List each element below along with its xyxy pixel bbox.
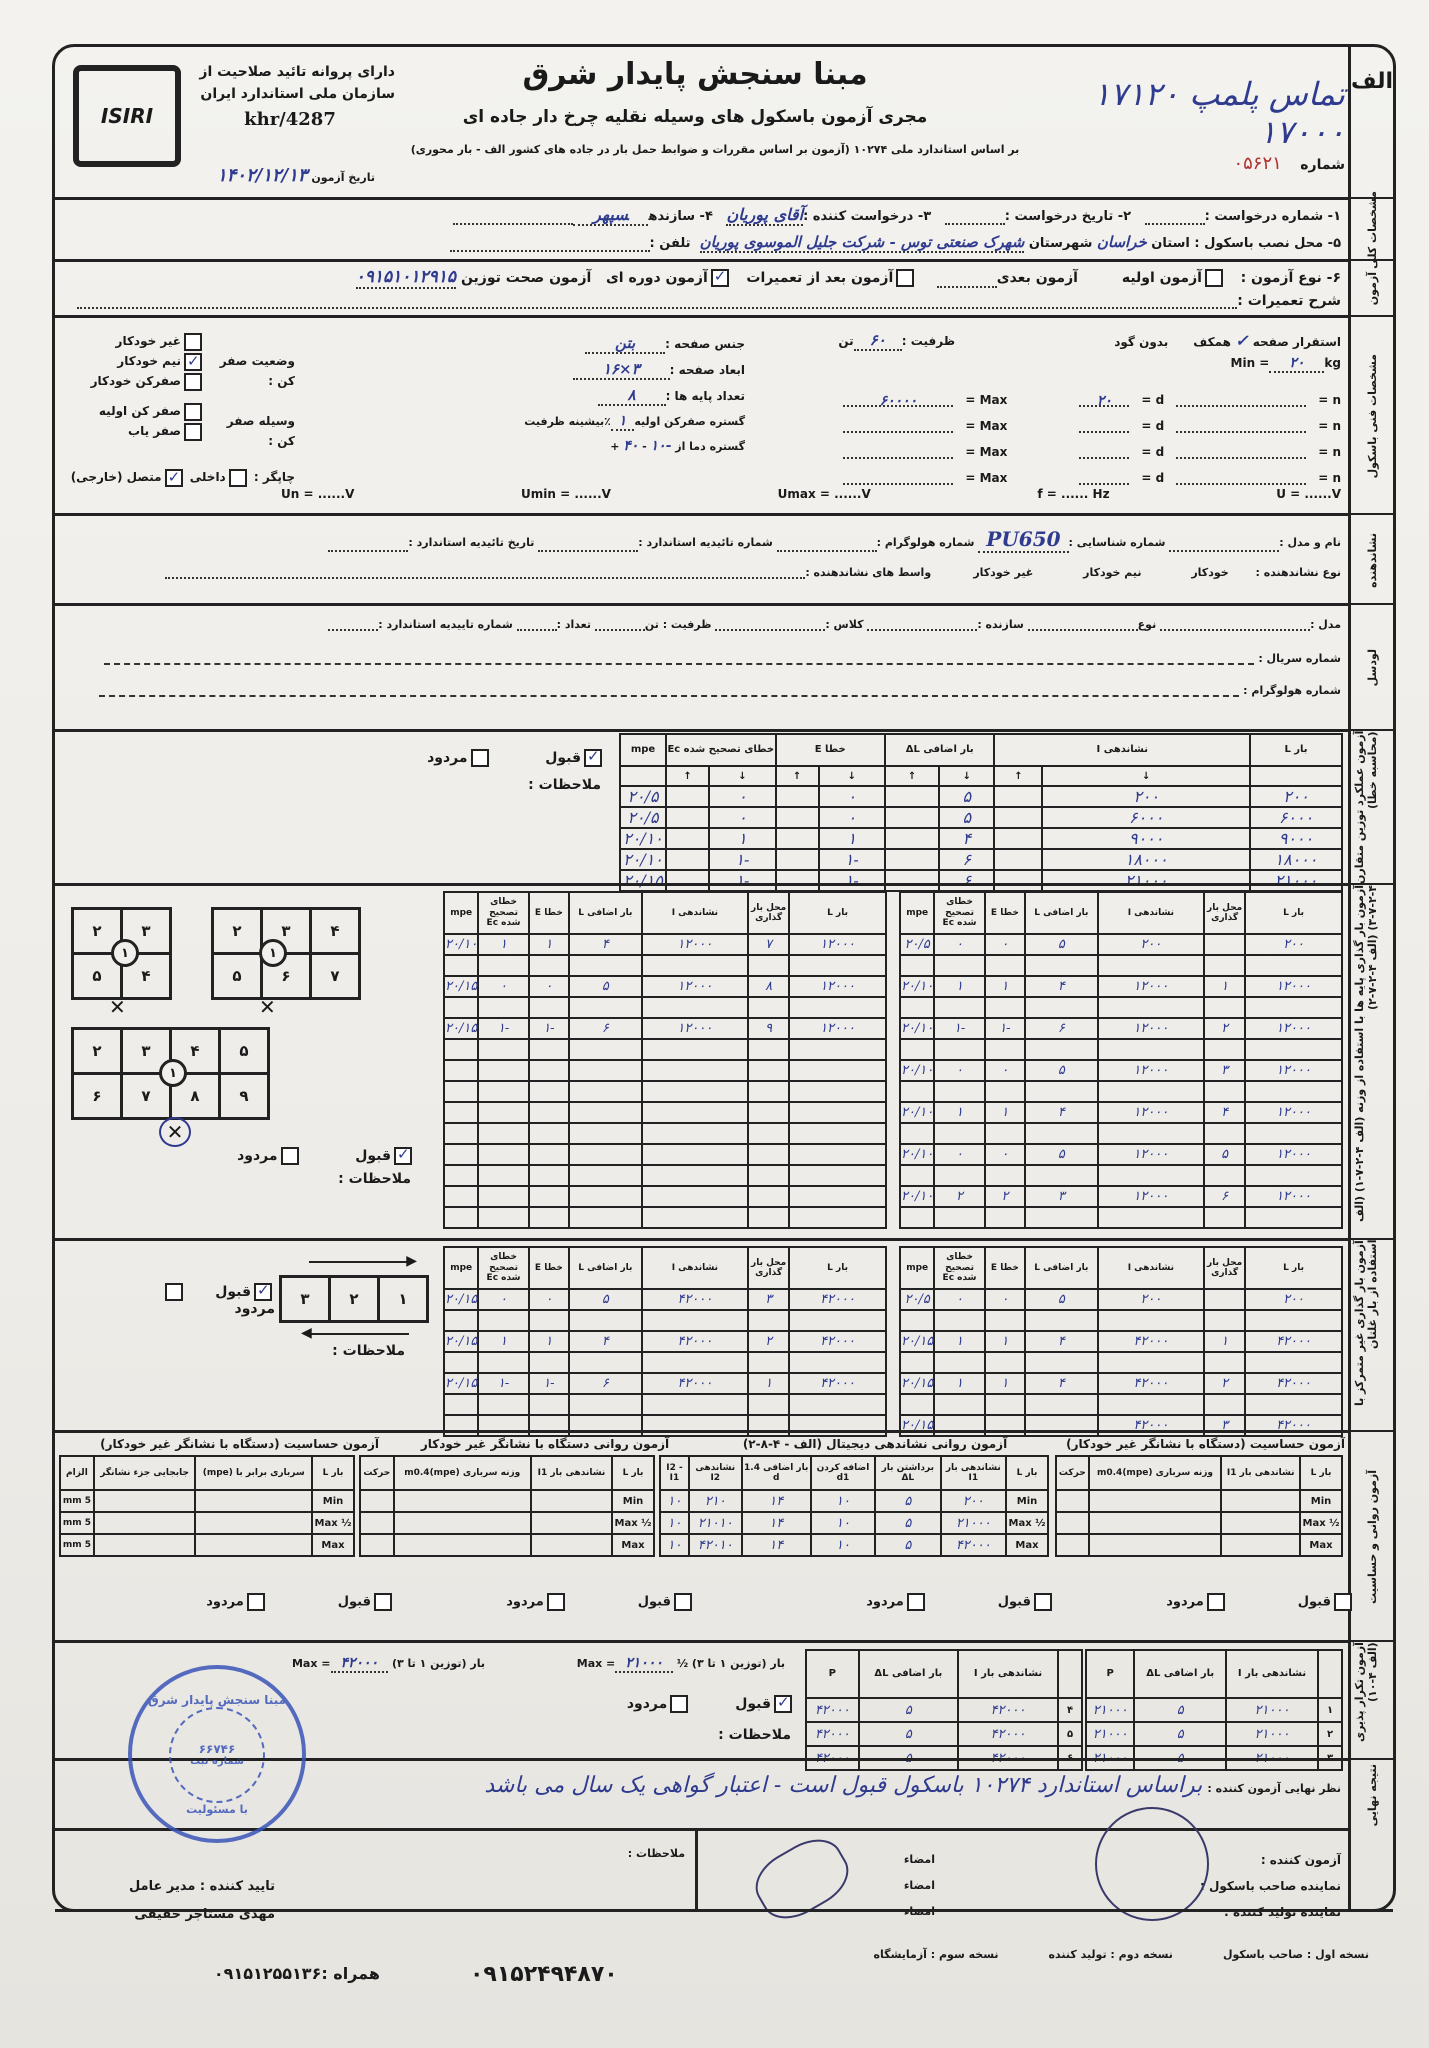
- table-cell[interactable]: ۲۰۰: [941, 1490, 1006, 1512]
- table-cell[interactable]: [1204, 1123, 1245, 1144]
- table-cell[interactable]: [1056, 1534, 1089, 1556]
- table-cell[interactable]: ۲۰/۱۵: [900, 1373, 934, 1394]
- table-cell[interactable]: ۱: [1204, 976, 1245, 997]
- table-cell[interactable]: [885, 786, 939, 807]
- table-cell[interactable]: [1025, 1081, 1098, 1102]
- table-cell[interactable]: ۲۰۰: [1042, 786, 1250, 807]
- table-cell[interactable]: [1098, 1207, 1205, 1228]
- table-cell[interactable]: [748, 1102, 789, 1123]
- table-cell[interactable]: ۰: [478, 976, 528, 997]
- table-cell[interactable]: [478, 1310, 528, 1331]
- table-cell[interactable]: [748, 1165, 789, 1186]
- legs-value[interactable]: ۸: [598, 386, 666, 406]
- table-cell[interactable]: ۱۲۰۰۰: [1245, 1186, 1342, 1207]
- table-cell[interactable]: [994, 807, 1042, 828]
- n-field[interactable]: [1176, 445, 1306, 459]
- table-cell[interactable]: [985, 1310, 1025, 1331]
- table-cell[interactable]: [985, 997, 1025, 1018]
- table-cell[interactable]: [1089, 1534, 1222, 1556]
- table-cell[interactable]: ۴۲۰۰۰: [1245, 1331, 1342, 1352]
- plate-material-value[interactable]: بتن: [585, 334, 665, 354]
- indicator-type-non-auto[interactable]: غیر خودکار: [973, 566, 1033, 579]
- table-cell[interactable]: [1245, 1165, 1342, 1186]
- table-cell[interactable]: ۵: [1134, 1698, 1226, 1722]
- table-cell[interactable]: [900, 1039, 934, 1060]
- table-cell[interactable]: ۱۴: [742, 1490, 811, 1512]
- d-field[interactable]: ۲۰: [1079, 393, 1129, 407]
- table-cell[interactable]: [748, 1207, 789, 1228]
- phone-field[interactable]: [450, 238, 650, 252]
- table-cell[interactable]: ۲۰/۵: [620, 786, 666, 807]
- table-cell[interactable]: [94, 1512, 196, 1534]
- table-cell[interactable]: [900, 1394, 934, 1415]
- table-cell[interactable]: ۹: [748, 1018, 789, 1039]
- table-cell[interactable]: [789, 1186, 886, 1207]
- loadcell-class-field[interactable]: [715, 617, 825, 631]
- loadcell-serial-fields[interactable]: [104, 651, 1254, 665]
- table-cell[interactable]: ۵: [939, 786, 994, 807]
- table-cell[interactable]: [985, 1081, 1025, 1102]
- table-cell[interactable]: [478, 1352, 528, 1373]
- table-cell[interactable]: [569, 955, 642, 976]
- table-cell[interactable]: ۲۰/۱۰: [620, 849, 666, 870]
- table-cell[interactable]: ۱: [819, 828, 885, 849]
- max-field[interactable]: [843, 471, 953, 485]
- accept-checkbox[interactable]: [374, 1593, 392, 1611]
- table-cell[interactable]: [1204, 1352, 1245, 1373]
- table-cell[interactable]: [748, 1144, 789, 1165]
- symmetric-accept-checkbox[interactable]: [584, 749, 602, 767]
- table-cell[interactable]: ۲۰/۱۵: [444, 1018, 478, 1039]
- table-cell[interactable]: [748, 1081, 789, 1102]
- table-cell[interactable]: [1221, 1512, 1300, 1534]
- table-cell[interactable]: ۲۱۰: [689, 1490, 742, 1512]
- table-cell[interactable]: ۳: [748, 1289, 789, 1310]
- table-cell[interactable]: [994, 828, 1042, 849]
- indicator-serial-value[interactable]: PU650: [978, 527, 1068, 553]
- table-cell[interactable]: -۱: [819, 849, 885, 870]
- table-cell[interactable]: [789, 1352, 886, 1373]
- table-cell[interactable]: ۱: [985, 1331, 1025, 1352]
- table-cell[interactable]: ۰: [985, 1144, 1025, 1165]
- checkbox-periodic[interactable]: [711, 269, 729, 287]
- table-cell[interactable]: ۴: [1025, 1331, 1098, 1352]
- table-cell[interactable]: ۱۲۰۰۰: [789, 934, 886, 955]
- table-cell[interactable]: ۲۰/۱۰: [900, 1144, 934, 1165]
- table-cell[interactable]: ۱: [934, 1331, 984, 1352]
- table-cell[interactable]: [1245, 1310, 1342, 1331]
- table-cell[interactable]: [444, 1207, 478, 1228]
- table-cell[interactable]: [360, 1490, 394, 1512]
- table-cell[interactable]: [94, 1534, 196, 1556]
- table-cell[interactable]: ۲۰/۵: [620, 807, 666, 828]
- table-cell[interactable]: ۱: [748, 1373, 789, 1394]
- table-cell[interactable]: [444, 1165, 478, 1186]
- table-cell[interactable]: [934, 997, 984, 1018]
- checkbox-auto-zero[interactable]: [184, 373, 202, 391]
- table-cell[interactable]: ۰: [985, 1289, 1025, 1310]
- table-cell[interactable]: [569, 1310, 642, 1331]
- table-cell[interactable]: ۱۲۰۰۰: [1098, 1102, 1205, 1123]
- table-cell[interactable]: ۱۴: [742, 1512, 811, 1534]
- table-cell[interactable]: [789, 1144, 886, 1165]
- table-cell[interactable]: [444, 1039, 478, 1060]
- table-cell[interactable]: ۱: [985, 976, 1025, 997]
- table-cell[interactable]: [789, 997, 886, 1018]
- table-cell[interactable]: ۲: [1204, 1373, 1245, 1394]
- requester-value[interactable]: آقای پوریان: [726, 205, 803, 226]
- loadcell-type-field[interactable]: [1028, 617, 1138, 631]
- table-cell[interactable]: ۵: [859, 1722, 958, 1746]
- table-cell[interactable]: ۱۴: [742, 1534, 811, 1556]
- table-cell[interactable]: ۲۰/۱۰: [900, 1186, 934, 1207]
- rolling-reject-checkbox[interactable]: [165, 1283, 183, 1301]
- table-cell[interactable]: ۶: [939, 849, 994, 870]
- rolling-accept-checkbox[interactable]: [254, 1283, 272, 1301]
- table-cell[interactable]: ۵: [875, 1512, 941, 1534]
- table-cell[interactable]: [529, 955, 569, 976]
- table-cell[interactable]: ۴: [1204, 1102, 1245, 1123]
- table-cell[interactable]: [478, 1123, 528, 1144]
- table-cell[interactable]: [748, 1123, 789, 1144]
- table-cell[interactable]: ۱۸۰۰۰: [1250, 849, 1342, 870]
- table-cell[interactable]: [1098, 1352, 1205, 1373]
- n-field[interactable]: [1176, 419, 1306, 433]
- table-cell[interactable]: ۵: [569, 976, 642, 997]
- table-cell[interactable]: ۱: [478, 1331, 528, 1352]
- table-cell[interactable]: [1089, 1490, 1222, 1512]
- table-cell[interactable]: ۴۲۰۰۰: [806, 1722, 859, 1746]
- table-cell[interactable]: ۰: [709, 786, 775, 807]
- table-cell[interactable]: [900, 1123, 934, 1144]
- table-cell[interactable]: ۵: [1025, 1060, 1098, 1081]
- repeatability-reject-checkbox[interactable]: [670, 1695, 688, 1713]
- table-cell[interactable]: [1025, 1394, 1098, 1415]
- table-cell[interactable]: ۴۲۰۰۰: [789, 1373, 886, 1394]
- table-cell[interactable]: ۱: [985, 1102, 1025, 1123]
- table-cell[interactable]: ۲۱۰۰۰: [1250, 870, 1342, 891]
- table-cell[interactable]: [642, 1102, 749, 1123]
- table-cell[interactable]: [789, 955, 886, 976]
- symmetric-reject-checkbox[interactable]: [471, 749, 489, 767]
- loadcell-maker-field[interactable]: [867, 617, 977, 631]
- table-cell[interactable]: [444, 1102, 478, 1123]
- table-cell[interactable]: [360, 1534, 394, 1556]
- table-cell[interactable]: [748, 1352, 789, 1373]
- table-cell[interactable]: ۴: [569, 1331, 642, 1352]
- table-cell[interactable]: -۱: [529, 1373, 569, 1394]
- table-cell[interactable]: [900, 1352, 934, 1373]
- table-cell[interactable]: ۴۲۰۱۰: [689, 1534, 742, 1556]
- table-cell[interactable]: [642, 1186, 749, 1207]
- table-cell[interactable]: ۲۰/۱۵: [444, 976, 478, 997]
- table-cell[interactable]: ۹۰۰۰: [1250, 828, 1342, 849]
- table-cell[interactable]: ۴۲۰۰۰: [958, 1698, 1058, 1722]
- table-cell[interactable]: ۵: [875, 1490, 941, 1512]
- table-cell[interactable]: [1245, 997, 1342, 1018]
- table-cell[interactable]: [789, 1165, 886, 1186]
- accept-checkbox[interactable]: [674, 1593, 692, 1611]
- table-cell[interactable]: ۶: [569, 1373, 642, 1394]
- table-cell[interactable]: [885, 828, 939, 849]
- table-cell[interactable]: ۱: [529, 1331, 569, 1352]
- table-cell[interactable]: ۰: [819, 786, 885, 807]
- table-cell[interactable]: [1245, 1352, 1342, 1373]
- table-cell[interactable]: [531, 1534, 612, 1556]
- table-cell[interactable]: ۴۲۰۰۰: [642, 1373, 749, 1394]
- table-cell[interactable]: ۳: [1204, 1060, 1245, 1081]
- table-cell[interactable]: [569, 1394, 642, 1415]
- table-cell[interactable]: [394, 1512, 531, 1534]
- table-cell[interactable]: ۱۲۰۰۰: [1098, 1144, 1205, 1165]
- table-cell[interactable]: ۱: [934, 1373, 984, 1394]
- next-test-field[interactable]: [937, 274, 997, 288]
- table-cell[interactable]: ۶: [1025, 1018, 1098, 1039]
- repeatability-accept-checkbox[interactable]: [774, 1695, 792, 1713]
- table-cell[interactable]: [444, 1081, 478, 1102]
- temp-to[interactable]: ۴۰: [623, 438, 638, 454]
- table-cell[interactable]: [642, 955, 749, 976]
- table-cell[interactable]: [529, 1123, 569, 1144]
- umin-field[interactable]: Umin = ......V: [521, 487, 611, 501]
- table-cell[interactable]: [444, 1144, 478, 1165]
- table-cell[interactable]: ۲۰/۱۰: [900, 1102, 934, 1123]
- table-cell[interactable]: [478, 997, 528, 1018]
- table-cell[interactable]: ۱۰: [660, 1534, 689, 1556]
- table-cell[interactable]: [1204, 1039, 1245, 1060]
- table-cell[interactable]: [1025, 955, 1098, 976]
- table-cell[interactable]: ۱۲۰۰۰: [1098, 1186, 1205, 1207]
- table-cell[interactable]: ۲۱۰۰۰: [1086, 1698, 1134, 1722]
- table-cell[interactable]: [789, 1039, 886, 1060]
- table-cell[interactable]: [642, 1144, 749, 1165]
- table-cell[interactable]: ۶۰۰۰: [1042, 807, 1250, 828]
- table-cell[interactable]: [748, 1394, 789, 1415]
- address-value[interactable]: شهرک صنعتی توس - شرکت جلیل الموسوی پوریا…: [700, 233, 1025, 253]
- table-cell[interactable]: ۱۲۰۰۰: [1245, 1060, 1342, 1081]
- un-field[interactable]: Un = ......V: [281, 487, 354, 501]
- table-cell[interactable]: ۴: [1025, 976, 1098, 997]
- table-cell[interactable]: [444, 1352, 478, 1373]
- table-cell[interactable]: [529, 1310, 569, 1331]
- table-cell[interactable]: ۲۱۰۰۰: [1042, 870, 1250, 891]
- table-cell[interactable]: [985, 1123, 1025, 1144]
- indicator-approval-field[interactable]: [538, 538, 638, 552]
- checkbox-initial-zero[interactable]: [184, 403, 202, 421]
- province-value[interactable]: خراسان: [1097, 233, 1147, 251]
- table-cell[interactable]: [529, 1102, 569, 1123]
- table-cell[interactable]: [985, 1394, 1025, 1415]
- table-cell[interactable]: [1098, 1394, 1205, 1415]
- table-cell[interactable]: [394, 1490, 531, 1512]
- checkbox-initial-test[interactable]: [1205, 269, 1223, 287]
- table-cell[interactable]: ۰: [709, 807, 775, 828]
- table-cell[interactable]: [900, 1165, 934, 1186]
- table-cell[interactable]: ۲۰/۱۰: [900, 976, 934, 997]
- table-cell[interactable]: [1245, 1394, 1342, 1415]
- min-value[interactable]: ۲۰: [1269, 355, 1324, 373]
- loadcell-capacity-field[interactable]: [595, 617, 645, 631]
- loadcell-count-field[interactable]: [517, 617, 557, 631]
- table-cell[interactable]: ۱۲۰۰۰: [1098, 976, 1205, 997]
- table-cell[interactable]: [529, 1165, 569, 1186]
- table-cell[interactable]: [748, 1039, 789, 1060]
- table-cell[interactable]: [900, 1207, 934, 1228]
- legs-accept-checkbox[interactable]: [394, 1147, 412, 1165]
- table-cell[interactable]: ۱: [934, 1102, 984, 1123]
- table-cell[interactable]: [569, 1165, 642, 1186]
- table-cell[interactable]: [642, 997, 749, 1018]
- table-cell[interactable]: [642, 1123, 749, 1144]
- accept-checkbox[interactable]: [1034, 1593, 1052, 1611]
- loadcell-hologram-fields[interactable]: [99, 683, 1239, 697]
- table-cell[interactable]: [569, 1039, 642, 1060]
- table-cell[interactable]: [776, 849, 819, 870]
- table-cell[interactable]: ۲۱۰۰۰: [1086, 1722, 1134, 1746]
- table-cell[interactable]: [1204, 1207, 1245, 1228]
- table-cell[interactable]: [569, 1186, 642, 1207]
- table-cell[interactable]: [985, 1039, 1025, 1060]
- accept-checkbox[interactable]: [1334, 1593, 1352, 1611]
- table-cell[interactable]: [1025, 1207, 1098, 1228]
- table-cell[interactable]: ۱۲۰۰۰: [1245, 1144, 1342, 1165]
- table-cell[interactable]: ۴۲۰۰۰: [1098, 1373, 1205, 1394]
- indicator-interfaces-field[interactable]: [165, 565, 805, 579]
- table-cell[interactable]: [569, 997, 642, 1018]
- table-cell[interactable]: -۱: [709, 870, 775, 891]
- manufacturer-value[interactable]: سپهر: [573, 205, 648, 226]
- table-cell[interactable]: [1245, 955, 1342, 976]
- table-cell[interactable]: -۱: [934, 1018, 984, 1039]
- reject-checkbox[interactable]: [547, 1593, 565, 1611]
- checkbox-after-repair[interactable]: [896, 269, 914, 287]
- indicator-model-field[interactable]: [1169, 538, 1279, 552]
- table-cell[interactable]: [642, 1310, 749, 1331]
- table-cell[interactable]: -۱: [819, 870, 885, 891]
- table-cell[interactable]: [1245, 1207, 1342, 1228]
- max-field[interactable]: [843, 419, 953, 433]
- table-cell[interactable]: [666, 807, 709, 828]
- table-cell[interactable]: ۱۸۰۰۰: [1042, 849, 1250, 870]
- table-cell[interactable]: [529, 1394, 569, 1415]
- table-cell[interactable]: ۲۱۰۰۰: [941, 1512, 1006, 1534]
- table-cell[interactable]: ۲۰/۵: [900, 934, 934, 955]
- table-cell[interactable]: [934, 955, 984, 976]
- table-cell[interactable]: ۲۱۰۰۰: [1226, 1698, 1318, 1722]
- table-cell[interactable]: [195, 1534, 312, 1556]
- table-cell[interactable]: ۹۰۰۰: [1042, 828, 1250, 849]
- table-cell[interactable]: [1025, 1352, 1098, 1373]
- table-cell[interactable]: ۴۲۰۰۰: [1098, 1331, 1205, 1352]
- table-cell[interactable]: -۱: [709, 849, 775, 870]
- half-max-value[interactable]: ۲۱۰۰۰: [615, 1655, 673, 1673]
- table-cell[interactable]: [1098, 1123, 1205, 1144]
- table-cell[interactable]: ۴۲۰۰۰: [642, 1331, 749, 1352]
- table-cell[interactable]: [94, 1490, 196, 1512]
- table-cell[interactable]: ۱۲۰۰۰: [642, 934, 749, 955]
- indicator-hologram-field[interactable]: [777, 538, 877, 552]
- table-cell[interactable]: [885, 807, 939, 828]
- checkbox-non-auto[interactable]: [184, 333, 202, 351]
- table-cell[interactable]: -۱: [985, 1018, 1025, 1039]
- table-cell[interactable]: ۲۰/۱۰: [444, 934, 478, 955]
- table-cell[interactable]: ۱: [478, 934, 528, 955]
- table-cell[interactable]: [776, 807, 819, 828]
- table-cell[interactable]: [1025, 997, 1098, 1018]
- table-cell[interactable]: [934, 1394, 984, 1415]
- plate-dims-value[interactable]: ۳×۱۶: [573, 360, 670, 380]
- table-cell[interactable]: -۱: [478, 1373, 528, 1394]
- table-cell[interactable]: ۱۲۰۰۰: [642, 1018, 749, 1039]
- table-cell[interactable]: [642, 1039, 749, 1060]
- table-cell[interactable]: [360, 1512, 394, 1534]
- table-cell[interactable]: [478, 1207, 528, 1228]
- table-cell[interactable]: [1098, 1039, 1205, 1060]
- table-cell[interactable]: [478, 1144, 528, 1165]
- repair-desc-field[interactable]: [77, 295, 1237, 309]
- table-cell[interactable]: [934, 1123, 984, 1144]
- table-cell[interactable]: [529, 1060, 569, 1081]
- table-cell[interactable]: [885, 870, 939, 891]
- table-cell[interactable]: ۲۰۰: [1098, 1289, 1205, 1310]
- table-cell[interactable]: [934, 1352, 984, 1373]
- table-cell[interactable]: ۰: [934, 1144, 984, 1165]
- table-cell[interactable]: [529, 1207, 569, 1228]
- table-cell[interactable]: [195, 1490, 312, 1512]
- table-cell[interactable]: ۲۰/۱۰: [620, 828, 666, 849]
- checkbox-printer-internal[interactable]: [229, 469, 247, 487]
- table-cell[interactable]: [748, 1186, 789, 1207]
- indicator-approval-date-field[interactable]: [328, 538, 408, 552]
- max-field[interactable]: ۶۰۰۰۰: [843, 393, 953, 407]
- table-cell[interactable]: ۱۲۰۰۰: [1098, 1060, 1205, 1081]
- table-cell[interactable]: ۲: [1204, 1018, 1245, 1039]
- table-cell[interactable]: [748, 1060, 789, 1081]
- table-cell[interactable]: [444, 997, 478, 1018]
- table-cell[interactable]: ۴۲۰۰۰: [789, 1289, 886, 1310]
- table-cell[interactable]: [569, 1207, 642, 1228]
- table-cell[interactable]: [1204, 997, 1245, 1018]
- table-cell[interactable]: [885, 849, 939, 870]
- table-cell[interactable]: [444, 1394, 478, 1415]
- table-cell[interactable]: ۰: [985, 934, 1025, 955]
- table-cell[interactable]: ۶: [569, 1018, 642, 1039]
- table-cell[interactable]: [529, 997, 569, 1018]
- table-cell[interactable]: [985, 1352, 1025, 1373]
- table-cell[interactable]: [789, 1081, 886, 1102]
- table-cell[interactable]: ۷: [748, 934, 789, 955]
- table-cell[interactable]: ۱۲۰۰۰: [1245, 976, 1342, 997]
- loadcell-approval-field[interactable]: [328, 617, 378, 631]
- table-cell[interactable]: [1204, 1394, 1245, 1415]
- legs-reject-checkbox[interactable]: [281, 1147, 299, 1165]
- table-cell[interactable]: ۰: [934, 934, 984, 955]
- table-cell[interactable]: [934, 1039, 984, 1060]
- table-cell[interactable]: ۱۲۰۰۰: [789, 1018, 886, 1039]
- table-cell[interactable]: [1025, 1039, 1098, 1060]
- d-field[interactable]: [1079, 471, 1129, 485]
- table-cell[interactable]: ۲۱۰۰۰: [1226, 1722, 1318, 1746]
- table-cell[interactable]: ۵: [1025, 1289, 1098, 1310]
- table-cell[interactable]: ۶۰۰۰: [1250, 807, 1342, 828]
- checkbox-printer-external[interactable]: [165, 469, 183, 487]
- table-cell[interactable]: [642, 1081, 749, 1102]
- table-cell[interactable]: [478, 1039, 528, 1060]
- table-cell[interactable]: [1245, 1123, 1342, 1144]
- table-cell[interactable]: [1204, 1289, 1245, 1310]
- table-cell[interactable]: [394, 1534, 531, 1556]
- table-cell[interactable]: [531, 1490, 612, 1512]
